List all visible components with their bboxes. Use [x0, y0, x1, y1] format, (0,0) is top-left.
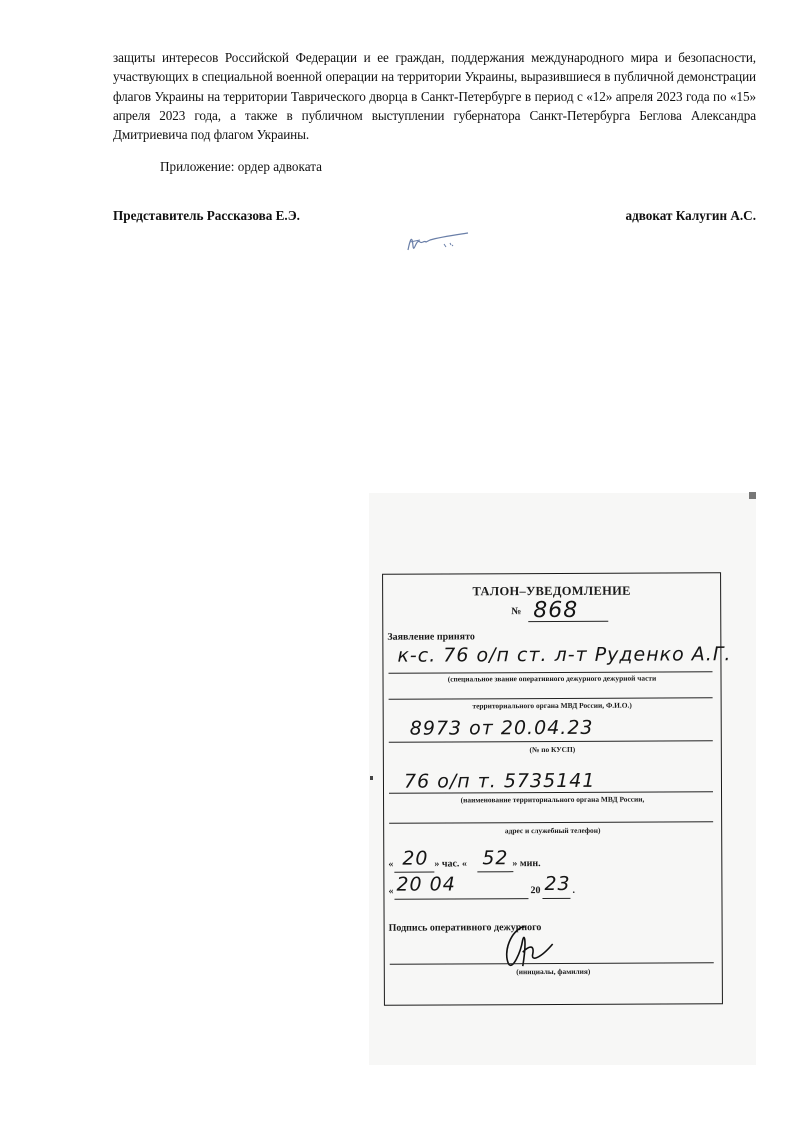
- minutes-underline: [477, 871, 513, 872]
- date-underline: [394, 898, 528, 900]
- caption-signature: (инициалы, фамилия): [385, 966, 722, 976]
- caption-organ-1: (наименование территориального органа МВ…: [384, 794, 721, 804]
- time-minutes: 52: [482, 847, 508, 869]
- officer-line-2: [389, 697, 713, 699]
- scan-artifact: [749, 492, 756, 499]
- letter-body: защиты интересов Российской Федерации и …: [113, 48, 756, 144]
- caption-organ-2: адрес и служебный телефон): [384, 825, 721, 835]
- scan-artifact: [370, 776, 373, 780]
- date-year-prefix: 20: [530, 885, 540, 896]
- slip-number-label: №: [511, 606, 521, 617]
- handwritten-signature-icon: [400, 228, 480, 258]
- officer-signature-icon: [497, 922, 557, 972]
- caption-officer-2: территориального органа МВД России, Ф.И.…: [384, 700, 721, 710]
- notification-slip: ТАЛОН–УВЕДОМЛЕНИЕ № 868 Заявление принят…: [382, 572, 723, 1005]
- slip-number-value: 868: [533, 598, 578, 623]
- kusp-line: [389, 740, 713, 742]
- accepted-label: Заявление принято: [387, 631, 475, 642]
- officer-handwritten: к-с. 76 о/п ст. л-т Руденко А.Г.: [397, 643, 731, 666]
- attachment-note: Приложение: ордер адвоката: [160, 159, 322, 175]
- time-minutes-suffix: » мин.: [512, 858, 540, 869]
- hours-underline: [394, 872, 434, 873]
- caption-kusp: (№ по КУСП): [384, 744, 721, 754]
- caption-officer-1: (специальное звание оперативного дежурно…: [383, 673, 720, 683]
- time-open-quote: «: [388, 859, 393, 870]
- year-underline: [542, 898, 570, 899]
- time-hours: 20: [402, 848, 428, 870]
- date-year: 23: [544, 873, 570, 895]
- body-paragraph: защиты интересов Российской Федерации и …: [113, 48, 756, 144]
- representative-signature-line: Представитель Рассказова Е.Э.: [113, 208, 300, 224]
- date-suffix: .: [572, 885, 575, 896]
- kusp-handwritten: 8973 от 20.04.23: [410, 717, 594, 740]
- organ-line: [389, 791, 713, 793]
- lawyer-signature-line: адвокат Калугин А.С.: [625, 208, 756, 224]
- date-day-month: 20 04: [396, 873, 456, 895]
- time-hours-suffix: » час. «: [434, 858, 467, 869]
- organ-line-2: [389, 821, 713, 823]
- date-open-quote: «: [388, 886, 393, 897]
- organ-handwritten: 76 о/п т. 5735141: [404, 770, 596, 793]
